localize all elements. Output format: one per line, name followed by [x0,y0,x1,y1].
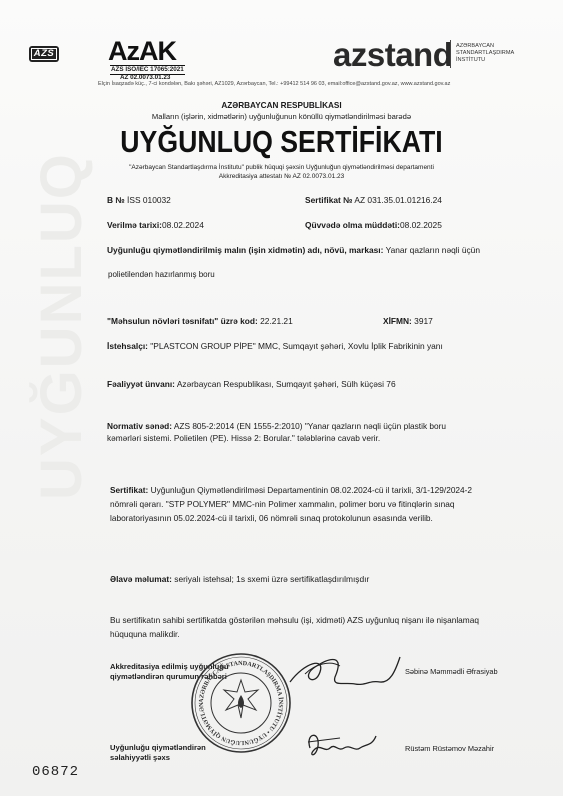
contact-line: Elçin İsaqzadə küç., 7-ci kondələn, Bakı… [98,81,450,87]
azak-logo: AzAK [108,37,176,65]
additional-info: Əlavə məlumat: seriyalı istehsal; 1s sxe… [110,574,369,584]
azak-accreditation-number: AZ 02.0073.01.23 [120,74,170,81]
page-title: UYĞUNLUQ SERTİFİKATI [39,122,523,162]
azstand-subtitle: AZƏRBAYCAN STANDARTLAŞDIRMA İNSTİTUTU [456,43,514,64]
activity-address: Fəaliyyət ünvanı: Azərbaycan Respublikas… [107,379,396,389]
watermark: UYĞUNLUQ [28,152,95,500]
head-signature-icon [285,652,405,697]
product-name: Uyğunluğu qiymətləndirilmiş malın (işin … [107,245,480,255]
authorized-person-name: Rüstəm Rüstəmov Məzahir [405,744,494,753]
b-number: B № İSS 010032 [107,195,171,205]
classification-code: "Məhsulun növləri təsnifatı" üzrə kod: 2… [107,316,293,326]
certificate-basis: Sertifikat: Uyğunluğun Qiymətləndirilməs… [110,483,550,525]
certificate-page: UYĞUNLUQ AZS AzAK AZS ISO/IEC 17065:2021… [0,0,563,796]
validity-date: Qüvvədə olma müddəti:08.02.2025 [305,220,442,230]
rights-statement: Bu sertifikatın sahibi sertifikatda göst… [110,613,555,641]
republic-heading: AZƏRBAYCAN RESPUBLİKASI [0,101,563,110]
certificate-number: Sertifikat № AZ 031.35.01.01216.24 [305,195,442,205]
azs-logo: AZS [29,46,59,62]
certificate-subtitle: Malların (işlərin, xidmətlərin) uyğunluğ… [0,112,563,121]
azstand-logo: azstand [333,38,452,72]
issuer-info: "Azərbaycan Standartlaşdırma İnstitutu" … [0,163,563,181]
logo-divider [450,40,451,68]
normative-document: Normativ sənəd: AZS 805-2:2014 (EN 1555-… [107,419,547,445]
issue-date: Verilmə tarixi:08.02.2024 [107,220,204,230]
product-name-continued: polietilendən hazırlanmış boru [108,270,215,279]
manufacturer: İstehsalçı: "PLASTCON GROUP PİPE" MMC, S… [107,341,443,351]
head-signatory-name: Səbinə Məmmədli Əfrasiyab [405,667,498,676]
xifmn-code: XİFMN: 3917 [383,316,433,326]
serial-number: 06872 [32,764,79,780]
authorized-signature-icon [300,728,380,763]
official-seal-icon: AZƏRBAYCAN STANDARTLAŞDIRMA İNSTİTUTU • … [190,652,292,754]
